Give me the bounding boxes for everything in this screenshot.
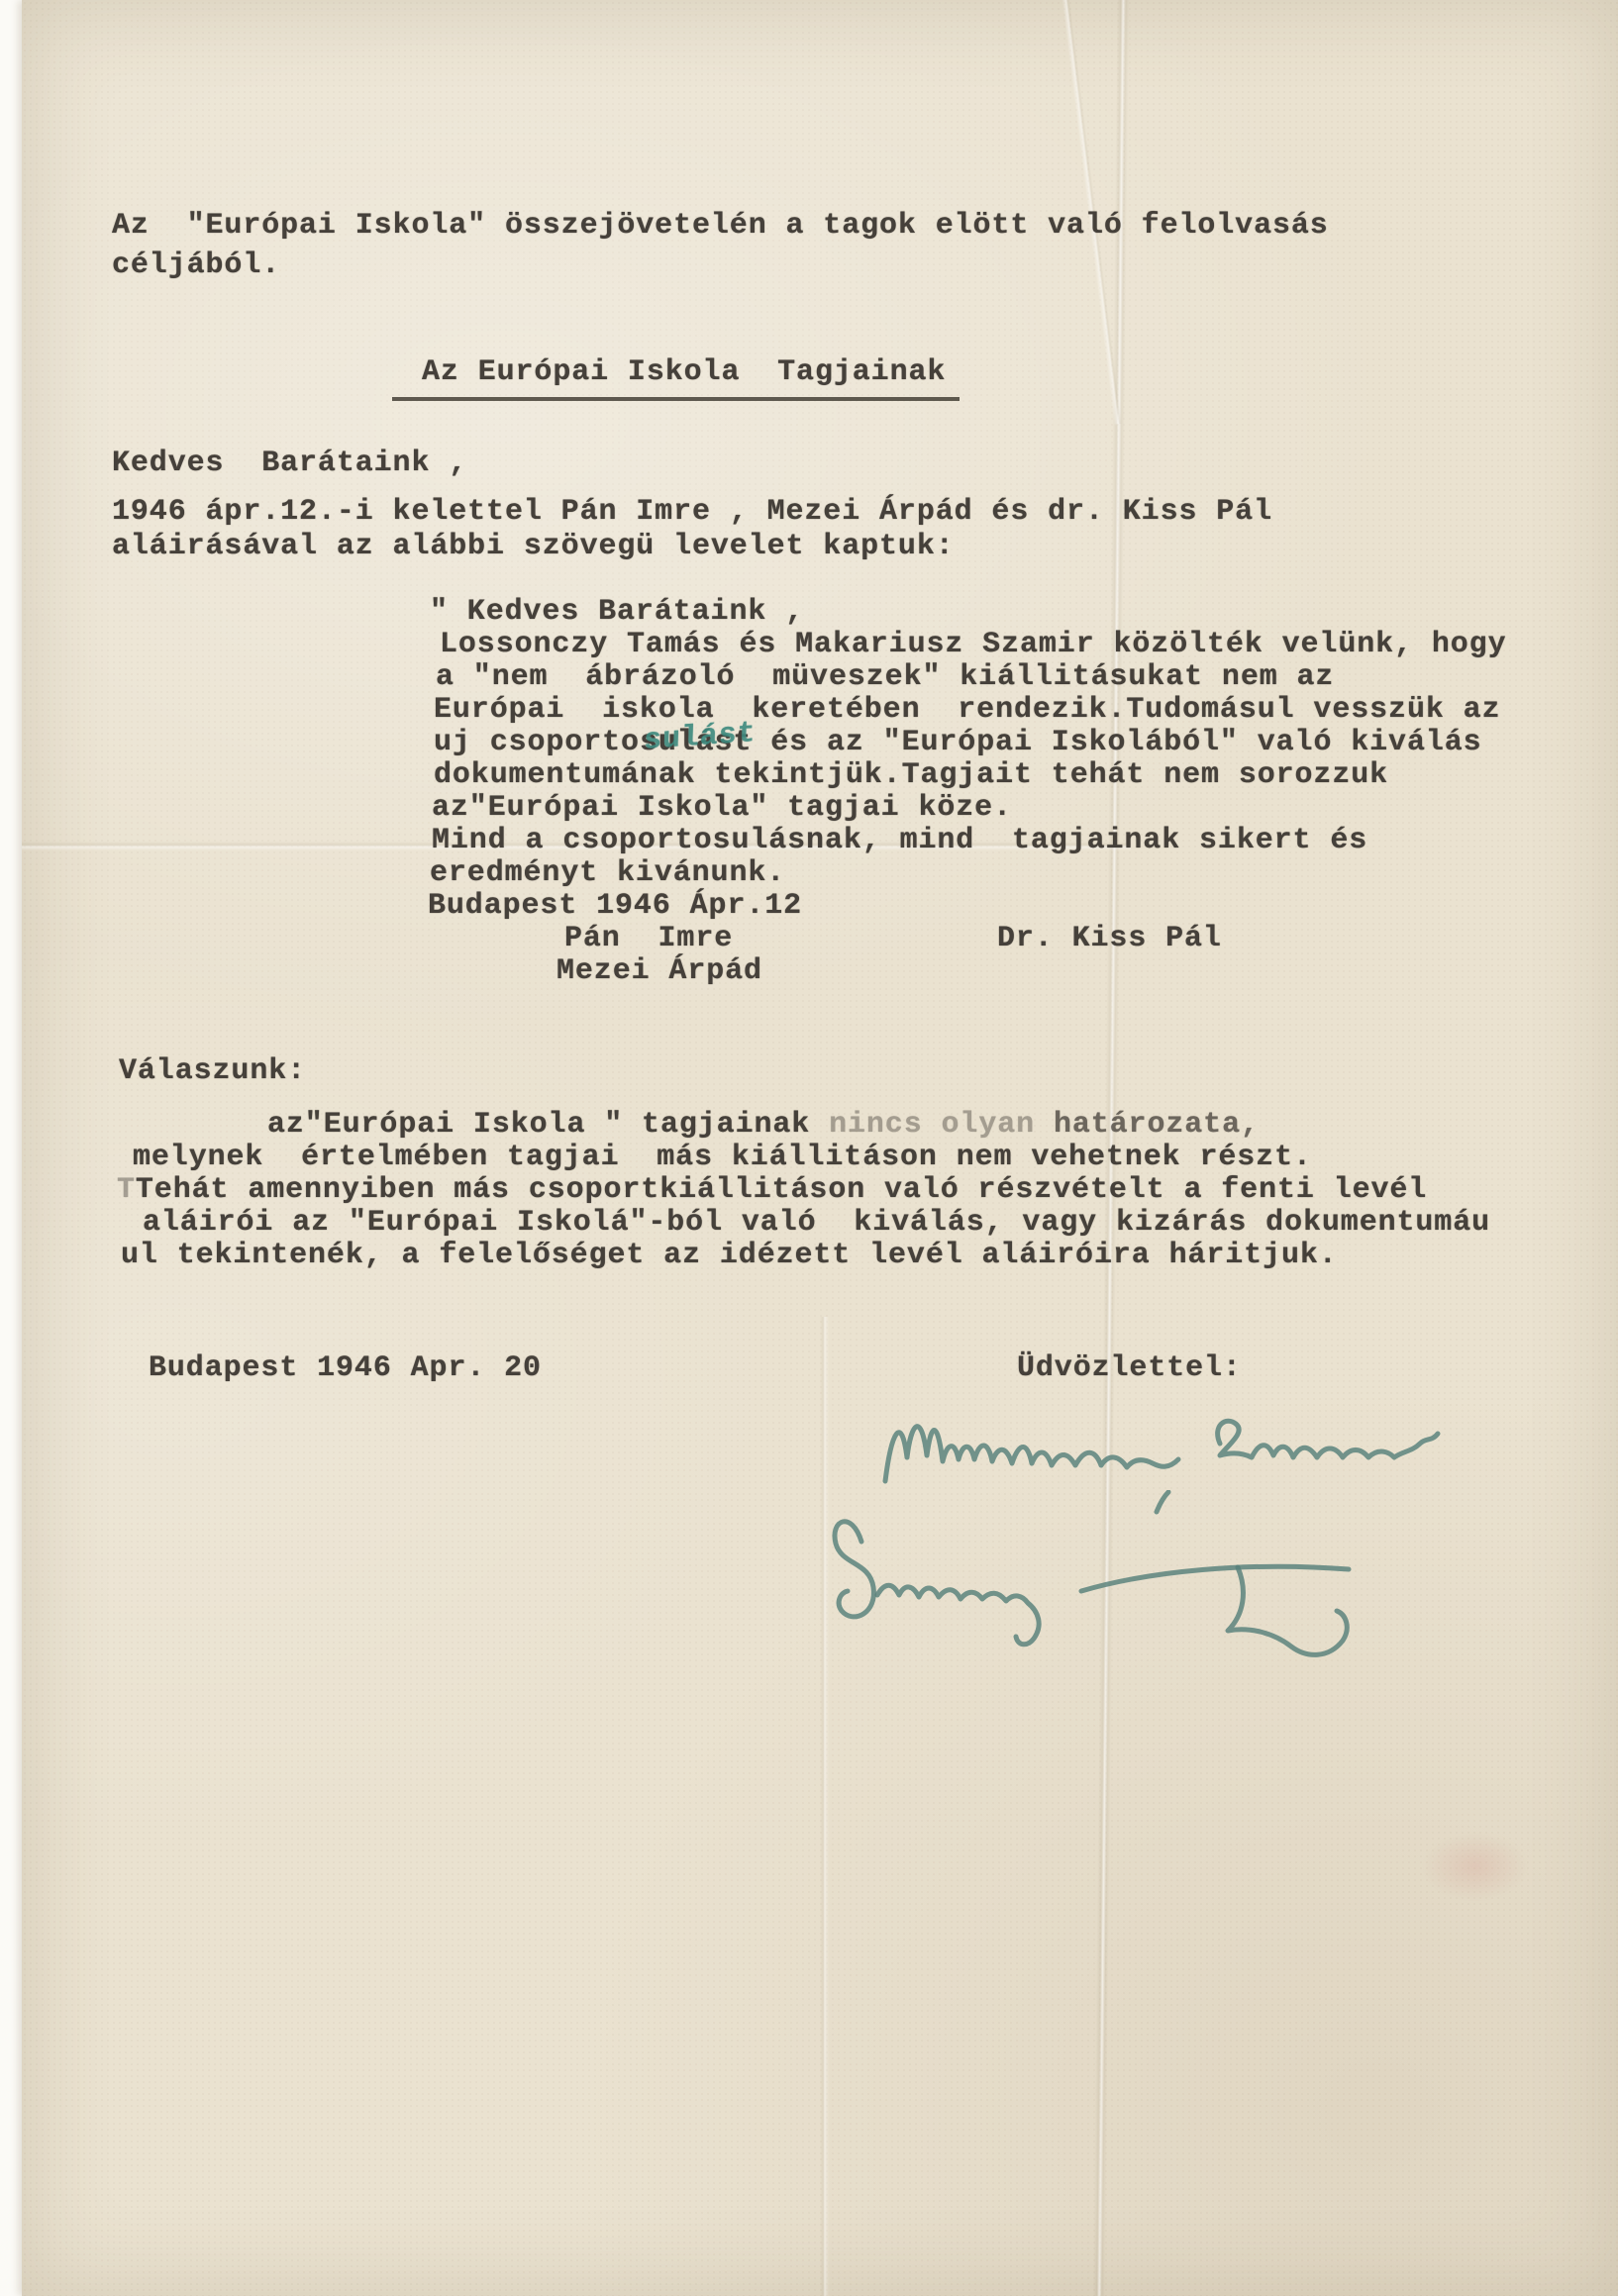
quote-line-text: uj csoporto bbox=[434, 726, 640, 759]
ink-smudge bbox=[1406, 1822, 1545, 1911]
signature-stroke bbox=[1228, 1567, 1347, 1654]
quote-line: eredményt kivánunk. bbox=[430, 857, 785, 890]
intro-paragraph: Az "Európai Iskola" összejövetelén a tag… bbox=[112, 206, 1329, 285]
salutation: Kedves Barátaink , bbox=[112, 448, 467, 480]
scanned-letter-page: Az "Európai Iskola" összejövetelén a tag… bbox=[0, 0, 1618, 2296]
faint-typed-text: nincs olyan bbox=[829, 1108, 1054, 1142]
signature-stroke bbox=[1218, 1421, 1438, 1457]
response-text: határozata, bbox=[1054, 1108, 1260, 1142]
response-line: ul tekintenék, a felelőséget az idézett … bbox=[121, 1240, 1338, 1272]
closing: Üdvözlettel: bbox=[1017, 1352, 1242, 1385]
quote-line: a "nem ábrázoló müveszek" kiállitásukat … bbox=[436, 661, 1334, 694]
page-title: Az Európai Iskola Tagjainak bbox=[392, 356, 960, 401]
response-line: az"Európai Iskola " tagjainak nincs olya… bbox=[267, 1109, 1260, 1142]
opening-paragraph: 1946 ápr.12.-i kelettel Pán Imre , Mezei… bbox=[112, 495, 1272, 564]
quote-signer-kiss-pal: Dr. Kiss Pál bbox=[997, 923, 1222, 955]
quote-line: Mind a csoportosulásnak, mind tagjainak … bbox=[432, 825, 1367, 857]
response-line: TTehát amennyiben más csoportkiállitáson… bbox=[117, 1174, 1427, 1207]
quote-signer-mezei-arpad: Mezei Árpád bbox=[556, 955, 762, 988]
response-label: Válaszunk: bbox=[119, 1055, 306, 1088]
quote-line: Európai iskola keretében rendezik.Tudomá… bbox=[434, 694, 1500, 727]
response-text: az"Európai Iskola " tagjainak bbox=[267, 1108, 829, 1142]
stray-character: T bbox=[117, 1173, 136, 1207]
quote-date: Budapest 1946 Ápr.12 bbox=[428, 890, 802, 923]
signature-stroke bbox=[885, 1427, 1178, 1481]
quote-line-with-correction: uj csoportosulástsulást és az "Európai I… bbox=[434, 727, 1482, 759]
quote-line: dokumentumának tekintjük.Tagjait tehát n… bbox=[434, 759, 1388, 792]
overtyped-word: sulástsulást bbox=[640, 727, 752, 759]
signature-stroke bbox=[835, 1522, 873, 1617]
paper-sheet: Az "Európai Iskola" összejövetelén a tag… bbox=[22, 0, 1618, 2296]
response-line: melynek értelmében tagjai más kiállitáso… bbox=[133, 1142, 1312, 1174]
quote-line-text: és az "Európai Iskolából" való kiválás bbox=[752, 726, 1481, 759]
quote-line: " Kedves Barátaink , bbox=[430, 596, 804, 629]
quote-line: Lossonczy Tamás és Makariusz Szamir közö… bbox=[440, 629, 1506, 661]
signature-stroke bbox=[1081, 1566, 1349, 1591]
signature-stroke bbox=[1157, 1492, 1168, 1512]
signature-lossonczy-tamas bbox=[822, 1490, 1376, 1678]
response-text: Tehát amennyiben más csoportkiállitáson … bbox=[136, 1173, 1427, 1207]
quote-line: az"Európai Iskola" tagjai köze. bbox=[432, 792, 1012, 825]
response-line: aláirói az "Európai Iskolá"-ból való kiv… bbox=[143, 1207, 1490, 1240]
fold-crease-vertical-lower bbox=[820, 1317, 829, 2296]
signature-stroke bbox=[877, 1585, 1039, 1645]
quote-signer-pan-imre: Pán Imre bbox=[564, 923, 733, 955]
date-line: Budapest 1946 Apr. 20 bbox=[149, 1352, 542, 1385]
